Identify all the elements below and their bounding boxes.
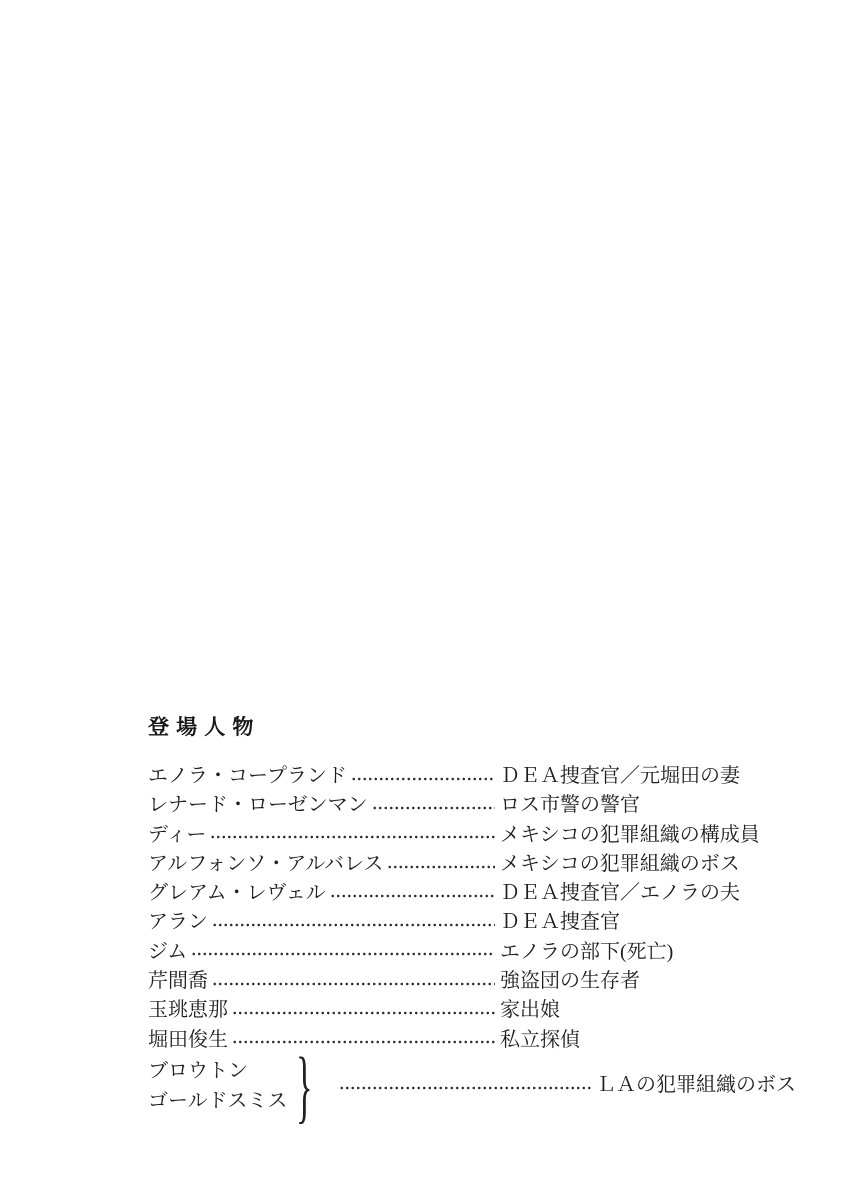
cast-row: ディー メキシコの犯罪組織の構成員: [148, 821, 796, 850]
character-description: 私立探偵: [500, 1026, 580, 1055]
dot-leader: [372, 806, 495, 810]
cast-row: アルフォンソ・アルバレス メキシコの犯罪組織のボス: [148, 850, 796, 879]
character-description: エノラの部下(死亡): [500, 938, 673, 967]
dot-leader: [387, 865, 495, 869]
character-name: ブロウトン: [148, 1056, 296, 1086]
cast-row: 芹間喬 強盗団の生存者: [148, 967, 796, 996]
dot-leader: [210, 835, 495, 839]
cast-row-grouped: ブロウトン ゴールドスミス } ＬＡの犯罪組織のボス: [148, 1055, 796, 1117]
dot-leader: [232, 1040, 495, 1044]
cast-row: アラン ＤＥＡ捜査官: [148, 908, 796, 937]
character-name: 玉珧恵那: [148, 996, 228, 1025]
character-description: ＬＡの犯罪組織のボス: [596, 1071, 796, 1100]
character-description: ＤＥＡ捜査官／エノラの夫: [500, 879, 740, 908]
character-name: アラン: [148, 908, 208, 937]
dot-leader: [212, 923, 495, 927]
character-name: レナード・ローゼンマン: [148, 791, 368, 820]
cast-list: エノラ・コープランド ＤＥＡ捜査官／元堀田の妻 レナード・ローゼンマン ロス市警…: [148, 762, 796, 1117]
character-description: ロス市警の警官: [500, 791, 640, 820]
dot-leader: [339, 1086, 591, 1090]
dot-leader: [212, 982, 495, 986]
character-description: メキシコの犯罪組織の構成員: [500, 821, 760, 850]
group-brace: }: [296, 1055, 313, 1117]
character-description: 強盗団の生存者: [500, 967, 640, 996]
character-name: エノラ・コープランド: [148, 762, 347, 791]
book-page: 登場人物 エノラ・コープランド ＤＥＡ捜査官／元堀田の妻 レナード・ローゼンマン…: [0, 0, 847, 1200]
character-description: 家出娘: [500, 996, 560, 1025]
cast-row: レナード・ローゼンマン ロス市警の警官: [148, 791, 796, 820]
cast-heading: 登場人物: [148, 711, 261, 741]
cast-row: グレアム・レヴェル ＤＥＡ捜査官／エノラの夫: [148, 879, 796, 908]
cast-row: 堀田俊生 私立探偵: [148, 1026, 796, 1055]
character-name: 芹間喬: [148, 967, 208, 996]
character-description: メキシコの犯罪組織のボス: [500, 850, 740, 879]
character-name: グレアム・レヴェル: [148, 879, 326, 908]
cast-row: エノラ・コープランド ＤＥＡ捜査官／元堀田の妻: [148, 762, 796, 791]
dot-leader: [232, 1011, 495, 1015]
cast-row: ジム エノラの部下(死亡): [148, 938, 796, 967]
character-name: 堀田俊生: [148, 1026, 228, 1055]
character-name: アルフォンソ・アルバレス: [148, 850, 383, 879]
character-name: ゴールドスミス: [148, 1086, 296, 1116]
character-description: ＤＥＡ捜査官: [500, 908, 620, 937]
character-name: ジム: [148, 938, 187, 967]
dot-leader: [351, 777, 495, 781]
cast-row: 玉珧恵那 家出娘: [148, 996, 796, 1025]
dot-leader: [191, 952, 495, 956]
character-name: ディー: [148, 821, 206, 850]
dot-leader: [330, 894, 495, 898]
character-description: ＤＥＡ捜査官／元堀田の妻: [500, 762, 740, 791]
